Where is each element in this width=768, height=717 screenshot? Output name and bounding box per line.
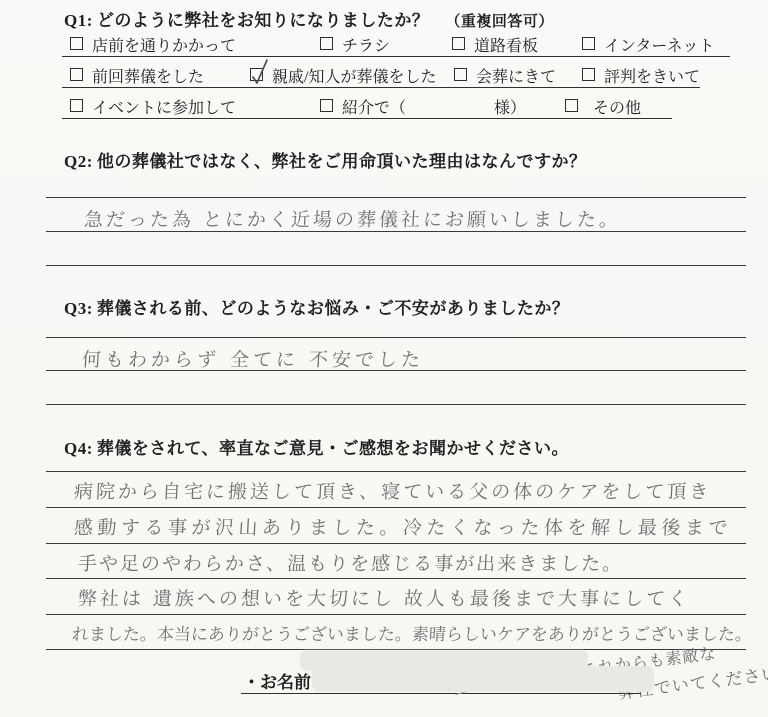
option-label: 紹介で（ bbox=[342, 95, 406, 118]
option-attended-funeral[interactable]: 会葬にきて bbox=[454, 64, 556, 87]
answer-rule bbox=[46, 404, 746, 405]
option-label: 親戚/知人が葬儀をした bbox=[272, 64, 436, 87]
checkbox-checked[interactable] bbox=[250, 68, 263, 81]
q4-handwritten-line: 手や足のやわらかさ、温もりを感じる事が出来きました。 bbox=[77, 549, 624, 576]
q3-title: Q3:葬儀される前、どのようなお悩み・ご不安がありましたか？ bbox=[64, 294, 569, 319]
option-label: 道路看板 bbox=[474, 33, 538, 56]
q4-handwritten-line: 感動する事が沢山ありました。冷たくなった体を解し最後まで bbox=[73, 513, 732, 540]
referral-sama-suffix: 様） bbox=[494, 95, 526, 118]
q1-note: （重複回答可） bbox=[445, 14, 554, 30]
checkbox[interactable] bbox=[70, 99, 83, 112]
q1-label: Q1: bbox=[64, 11, 93, 30]
q1-options-row-2: 前回葬儀をした 親戚/知人が葬儀をした 会葬にきて 評判をきいて bbox=[62, 63, 700, 88]
checkbox[interactable] bbox=[70, 37, 83, 50]
option-referral[interactable]: 紹介で（ bbox=[320, 95, 406, 118]
q4-handwritten-line: 病院から自宅に搬送して頂き、寝ている父の体のケアをして頂き bbox=[73, 477, 712, 504]
option-road-sign[interactable]: 道路看板 bbox=[452, 33, 538, 56]
answer-rule bbox=[46, 471, 746, 472]
q4-handwritten-line: れました。本当にありがとうございました。素晴らしいケアをありがとうございました。 bbox=[71, 620, 752, 645]
q1-question: どのように弊社をお知りになりましたか？ bbox=[97, 11, 430, 30]
q4-question: 葬儀をされて、率直なご意見・ご感想をお聞かせください。 bbox=[97, 439, 569, 458]
option-label: その他 bbox=[593, 95, 641, 118]
q2-question: 他の葬儀社ではなく、弊社をご用命頂いた理由はなんですか？ bbox=[97, 152, 587, 171]
q4-label: Q4: bbox=[64, 439, 93, 458]
checkbox[interactable] bbox=[454, 68, 467, 81]
q4-title: Q4:葬儀をされて、率直なご意見・ご感想をお聞かせください。 bbox=[64, 434, 569, 459]
answer-rule bbox=[46, 265, 746, 266]
q3-handwritten-answer: 何もわからず 全てに 不安でした bbox=[81, 345, 425, 372]
option-relative-funeral[interactable]: 親戚/知人が葬儀をした bbox=[250, 64, 436, 87]
option-label: インターネット bbox=[604, 33, 715, 56]
answer-rule bbox=[46, 197, 746, 198]
answer-rule bbox=[46, 543, 746, 544]
answer-rule bbox=[46, 614, 746, 615]
survey-page: Q1:どのように弊社をお知りになりましたか？（重複回答可） 店前を通りかかって … bbox=[0, 0, 768, 717]
checkbox[interactable] bbox=[582, 37, 595, 50]
option-label: 店前を通りかかって bbox=[92, 33, 236, 56]
option-label: チラシ bbox=[342, 33, 390, 56]
answer-rule bbox=[46, 507, 746, 508]
q1-options-row-1: 店前を通りかかって チラシ 道路看板 インターネット bbox=[62, 32, 730, 57]
option-internet[interactable]: インターネット bbox=[582, 33, 715, 56]
option-label: 会葬にきて bbox=[476, 64, 556, 87]
option-label: 評判をきいて bbox=[604, 64, 700, 87]
checkmark-icon bbox=[248, 57, 272, 87]
option-storefront[interactable]: 店前を通りかかって bbox=[70, 33, 236, 56]
option-event[interactable]: イベントに参加して bbox=[70, 95, 236, 118]
answer-rule bbox=[46, 337, 746, 338]
name-field-label: ・お名前 bbox=[243, 668, 311, 693]
checkbox[interactable] bbox=[70, 68, 83, 81]
checkbox[interactable] bbox=[452, 37, 465, 50]
option-other[interactable]: その他 bbox=[565, 95, 641, 118]
q2-title: Q2:他の葬儀社ではなく、弊社をご用命頂いた理由はなんですか？ bbox=[64, 147, 587, 172]
answer-rule bbox=[46, 370, 746, 371]
q1-options-row-3: イベントに参加して 紹介で（ 様） その他 bbox=[62, 94, 672, 119]
q3-question: 葬儀される前、どのようなお悩み・ご不安がありましたか？ bbox=[97, 299, 570, 318]
checkbox[interactable] bbox=[320, 37, 333, 50]
option-label: イベントに参加して bbox=[92, 95, 236, 118]
q3-label: Q3: bbox=[64, 299, 93, 318]
checkbox[interactable] bbox=[582, 68, 595, 81]
option-flyer[interactable]: チラシ bbox=[320, 33, 390, 56]
option-previous-funeral[interactable]: 前回葬儀をした bbox=[70, 64, 204, 87]
checkbox[interactable] bbox=[565, 99, 578, 112]
q4-handwritten-line: 弊社は 遺族への想いを大切にし 故人も最後まで大事にしてく bbox=[77, 584, 691, 611]
checkbox[interactable] bbox=[320, 99, 333, 112]
option-label: 前回葬儀をした bbox=[92, 64, 204, 87]
q2-label: Q2: bbox=[64, 152, 93, 171]
answer-rule bbox=[46, 578, 746, 579]
name-field-underline bbox=[241, 693, 641, 694]
option-reputation[interactable]: 評判をきいて bbox=[582, 64, 700, 87]
q2-handwritten-answer: 急だった為 とにかく近場の葬儀社にお願いしました。 bbox=[83, 205, 621, 232]
answer-rule bbox=[46, 231, 746, 232]
name-redaction bbox=[312, 666, 654, 692]
q1-title: Q1:どのように弊社をお知りになりましたか？（重複回答可） bbox=[64, 6, 554, 31]
